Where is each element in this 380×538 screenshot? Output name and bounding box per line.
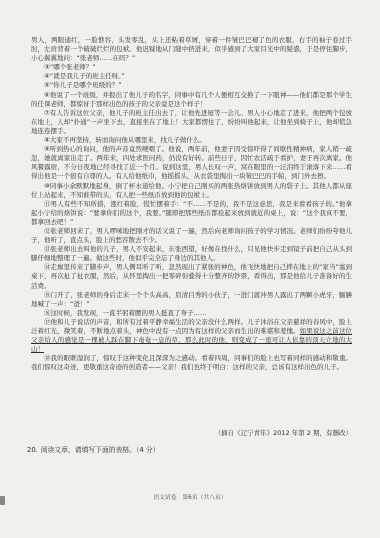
passage-text: ⑪男人有些不知所措，涨红着脸，慌忙摆着手：“不……不是的，我不是这意思，我是来看…	[31, 200, 352, 226]
passage-text: ⑬张老师出去叫他的儿子，男人不安起来，东张西望，好像在找什么，只见他快步走到镜子…	[31, 245, 352, 262]
passage-paragraph: ⑭走廊里传来了脚步声，男人侧耳听了听，忽然现出了紧张的神色，他飞快地把自己摔在地…	[31, 263, 352, 290]
scan-artifact	[0, 496, 5, 505]
passage-paragraph: ⑫张老师回来了，男人啰嗦地把刚才的话又说了一遍，然后向老师询问孩子的学习情况。老…	[31, 227, 352, 245]
passage-paragraph: ⑱我的眼眶湿润了，惊叹于这种变化且深深为之感动。看着四周，同事们的脸上也写着同样…	[31, 354, 352, 372]
passage-paragraph: ③“哪个张老师？”	[31, 63, 352, 72]
source-citation: （摘自《辽宁青年》2012 年第 2 期，有删改）	[31, 428, 352, 437]
reading-passage: 男人，两眼通红，一脸憔容，头发零乱，头上还粘着草屑，穿着一件皱巴巴褪了色的衣服，…	[31, 36, 352, 372]
question-20: 20.阅读文章，请填写下面的表格。（4 分）	[27, 444, 352, 454]
question-text: 阅读文章，请填写下面的表格。（4 分）	[41, 446, 160, 454]
passage-paragraph: ⑨听到热心的询问，他的声音竟然哽咽了。他说，两年前，他妻子因受惊吓得了间歇性精神…	[31, 145, 352, 181]
passage-text: ⑤“你儿子是哪个班级的？”	[44, 81, 122, 89]
passage-text: ③“哪个张老师？”	[44, 63, 96, 71]
passage-paragraph: ⑯这时候，我发现，一直半躬着腰的男人挺直了身子……	[31, 309, 352, 318]
passage-text: ⑩同事小余默默地起身，倒了杯水递给他。小宁把自己刚买的两张热烙饼放到男人的袋子上…	[31, 182, 352, 199]
passage-paragraph: ⑤“你儿子是哪个班级的？”	[31, 81, 352, 90]
passage-text: ⑭走廊里传来了脚步声，男人侧耳听了听，忽然现出了紧张的神色，他飞快地把自己摔在地…	[31, 263, 352, 289]
passage-text: ⑥他说了一个班级，并报出了他儿子的名字，同事中有几个人便相互交换了一下眼神——他…	[31, 91, 352, 108]
passage-text: ⑨听到热心的询问，他的声音竟然哽咽了。他说，两年前，他妻子因受惊吓得了间歇性精神…	[31, 145, 352, 180]
passage-text: 男人，两眼通红，一脸憔容，头发零乱，头上还粘着草屑，穿着一件皱巴巴褪了色的衣服，…	[31, 36, 352, 62]
passage-paragraph: ⑬张老师出去叫他的儿子，男人不安起来，东张西望，好像在找什么，只见他快步走到镜子…	[31, 245, 352, 263]
passage-text: ⑯这时候，我发现，一直半躬着腰的男人挺直了身子……	[44, 309, 207, 317]
exam-page: 男人，两眼通红，一脸憔容，头发零乱，头上还粘着草屑，穿着一件皱巴巴褪了色的衣服，…	[0, 0, 380, 538]
passage-text: ⑱我的眼眶湿润了，惊叹于这种变化且深深为之感动。看着四周，同事们的脸上也写着同样…	[31, 354, 352, 371]
passage-text: ⑮门开了，张老师的身后走来一个个头高高、眉清目秀的小伙子，一进门就冲男人露出了两…	[31, 291, 352, 308]
question-number: 20.	[27, 446, 38, 454]
passage-text: ⑦有人告诉这位父亲，他儿子的班主任出去了，让他先进屋等一会儿。男人小心地走了进来…	[31, 109, 352, 135]
passage-text: ⑫张老师回来了，男人啰嗦地把刚才的话又说了一遍，然后向老师询问孩子的学习情况。老…	[31, 227, 352, 244]
passage-paragraph: ⑪男人有些不知所措，涨红着脸，慌忙摆着手：“不……不是的，我不是这意思，我是来看…	[31, 200, 352, 227]
passage-paragraph: ⑥他说了一个班级，并报出了他儿子的名字，同事中有几个人便相互交换了一下眼神——他…	[31, 91, 352, 109]
passage-paragraph: ⑧大家不再坚持，转而询问他从哪里来，找儿子做什么。	[31, 136, 352, 145]
passage-paragraph: ⑦有人告诉这位父亲，他儿子的班主任出去了，让他先进屋等一会儿。男人小心地走了进来…	[31, 109, 352, 136]
passage-text: ⑧大家不再坚持，转而询问他从哪里来，找儿子做什么。	[44, 136, 206, 144]
passage-paragraph: 男人，两眼通红，一脸憔容，头发零乱，头上还粘着草屑，穿着一件皱巴巴褪了色的衣服，…	[31, 36, 352, 63]
page-footer: 语文试卷 第6页（共八页）	[0, 492, 380, 501]
passage-paragraph: ⑰他和儿子说话的声音，和所有过着平静幸福生活的父亲没什么两样。儿子沐浴在父亲慈祥…	[31, 318, 352, 354]
passage-text: ④“就是我儿子的班主任呀。”	[44, 72, 125, 80]
passage-paragraph: ⑩同事小余默默地起身，倒了杯水递给他。小宁把自己刚买的两张热烙饼放到男人的袋子上…	[31, 182, 352, 200]
passage-paragraph: ⑮门开了，张老师的身后走来一个个头高高、眉清目秀的小伙子，一进门就冲男人露出了两…	[31, 291, 352, 309]
